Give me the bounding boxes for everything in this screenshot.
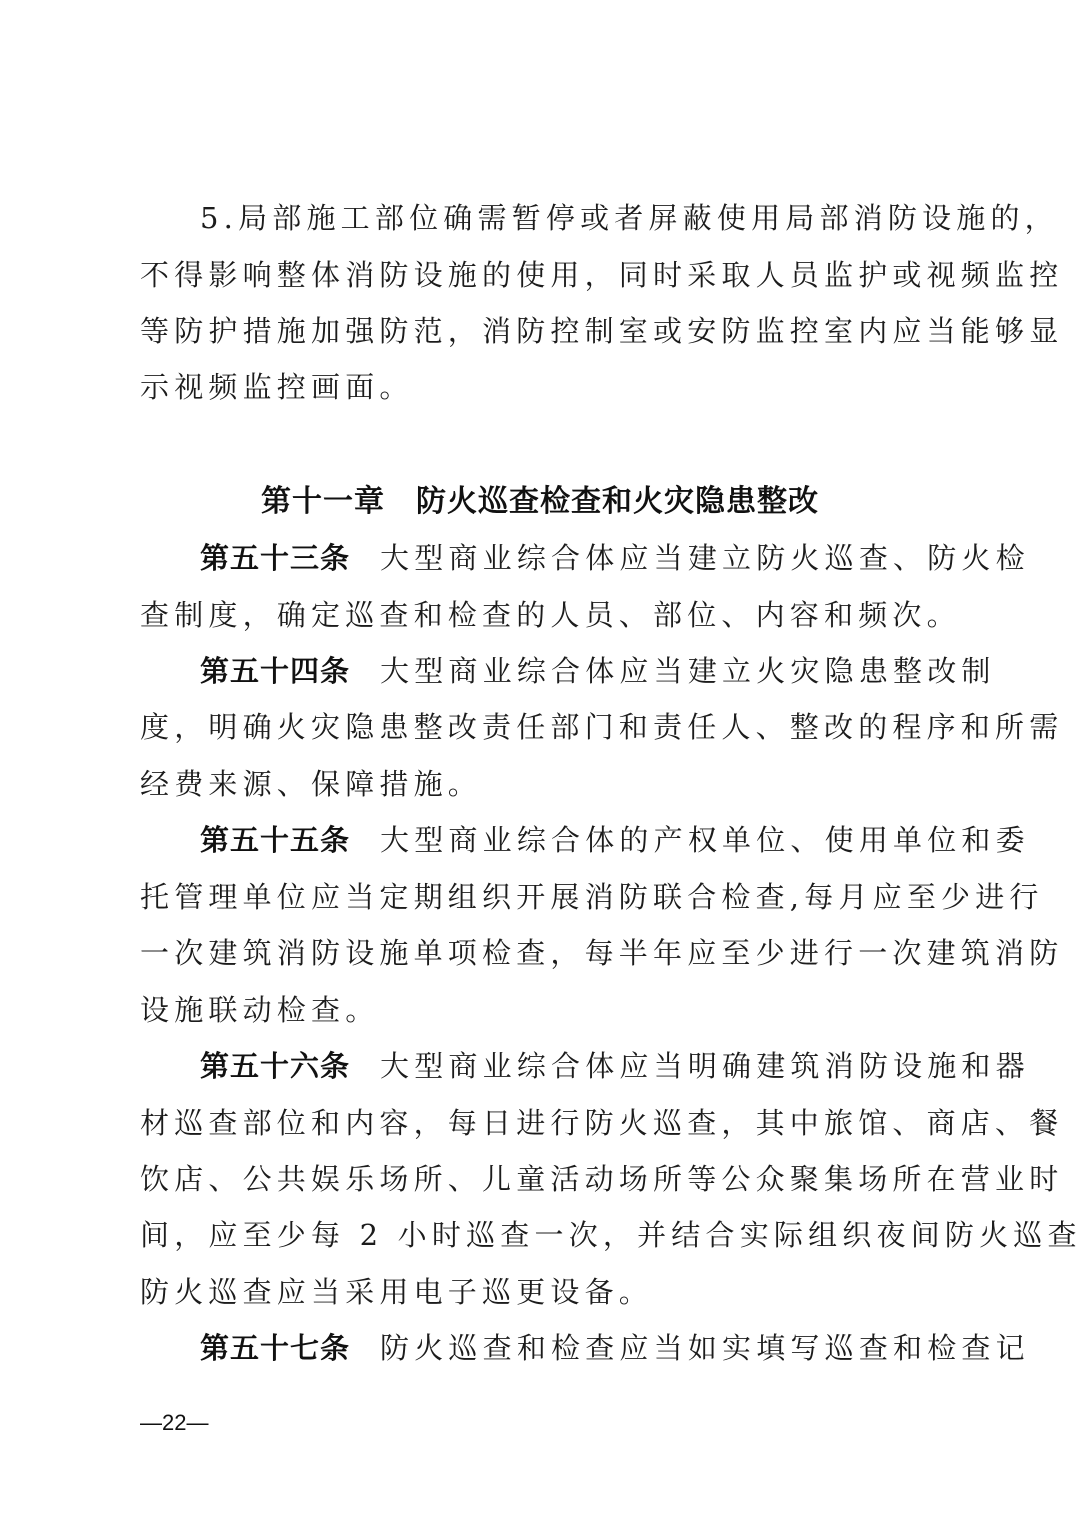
paragraph-line: 设施联动检查。 xyxy=(140,990,940,1030)
paragraph-line: 不得影响整体消防设施的使用，同时采取人员监护或视频监控 xyxy=(140,255,940,295)
article-text: 大型商业综合体应当建立火灾隐患整改制 xyxy=(380,654,996,688)
article-text: 大型商业综合体应当建立防火巡查、防火检 xyxy=(380,541,1030,575)
paragraph-line: 托管理单位应当定期组织开展消防联合检查,每月应至少进行 xyxy=(140,877,940,917)
paragraph-line: 间，应至少每 2 小时巡查一次，并结合实际组织夜间防火巡查。 xyxy=(140,1215,940,1255)
paragraph-line: 度，明确火灾隐患整改责任部门和责任人、整改的程序和所需 xyxy=(140,707,940,747)
paragraph-line: 查制度，确定巡查和检查的人员、部位、内容和频次。 xyxy=(140,595,940,635)
document-page: 5.局部施工部位确需暂停或者屏蔽使用局部消防设施的， 不得影响整体消防设施的使用… xyxy=(0,0,1080,1526)
paragraph-line: 饮店、公共娱乐场所、儿童活动场所等公众聚集场所在营业时 xyxy=(140,1159,940,1199)
chapter-heading: 第十一章 防火巡查检查和火灾隐患整改 xyxy=(140,482,940,522)
article-54-first-line: 第五十四条大型商业综合体应当建立火灾隐患整改制 xyxy=(200,651,1000,691)
article-label: 第五十五条 xyxy=(200,823,350,857)
paragraph-line: 材巡查部位和内容，每日进行防火巡查，其中旅馆、商店、餐 xyxy=(140,1103,940,1143)
article-text: 大型商业综合体的产权单位、使用单位和委 xyxy=(380,823,1030,857)
article-53-first-line: 第五十三条大型商业综合体应当建立防火巡查、防火检 xyxy=(200,538,1000,578)
article-text: 大型商业综合体应当明确建筑消防设施和器 xyxy=(380,1049,1030,1083)
article-label: 第五十四条 xyxy=(200,654,350,688)
article-label: 第五十七条 xyxy=(200,1331,350,1365)
paragraph-line: 示视频监控画面。 xyxy=(140,367,940,407)
article-text: 防火巡查和检查应当如实填写巡查和检查记 xyxy=(380,1331,1030,1365)
paragraph-line: 防火巡查应当采用电子巡更设备。 xyxy=(140,1272,940,1312)
page-number: —22— xyxy=(140,1408,208,1438)
article-55-first-line: 第五十五条大型商业综合体的产权单位、使用单位和委 xyxy=(200,820,1000,860)
paragraph-line: 等防护措施加强防范，消防控制室或安防监控室内应当能够显 xyxy=(140,311,940,351)
article-57-first-line: 第五十七条防火巡查和检查应当如实填写巡查和检查记 xyxy=(200,1328,1000,1368)
paragraph-line: 5.局部施工部位确需暂停或者屏蔽使用局部消防设施的， xyxy=(200,198,1000,238)
paragraph-line: 一次建筑消防设施单项检查，每半年应至少进行一次建筑消防 xyxy=(140,933,940,973)
article-56-first-line: 第五十六条大型商业综合体应当明确建筑消防设施和器 xyxy=(200,1046,1000,1086)
article-label: 第五十三条 xyxy=(200,541,350,575)
paragraph-line: 经费来源、保障措施。 xyxy=(140,764,940,804)
article-label: 第五十六条 xyxy=(200,1049,350,1083)
